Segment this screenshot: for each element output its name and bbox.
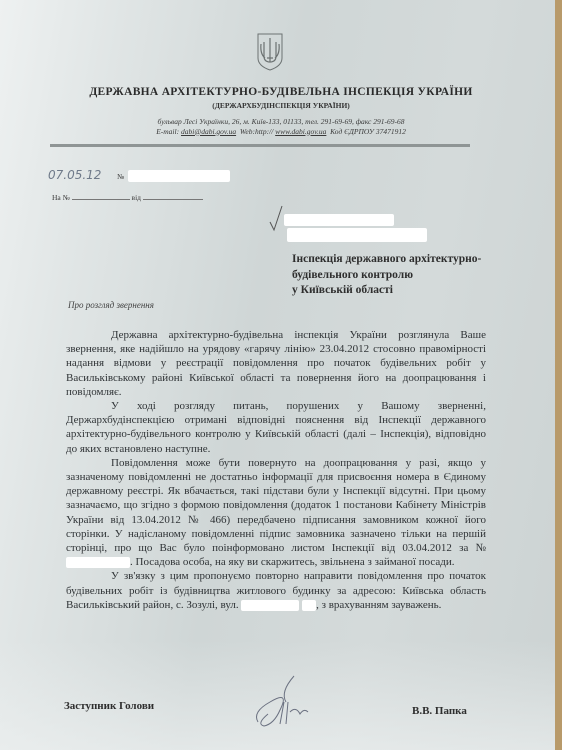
signature-icon <box>250 672 320 732</box>
redacted-street-name <box>241 600 299 611</box>
org-abbreviation: (ДЕРЖАРХБУДІНСПЕКЦІЯ УКРАЇНИ) <box>0 101 562 110</box>
redacted-house-number <box>302 600 316 611</box>
signatory-name: В.В. Папка <box>412 705 467 717</box>
paragraph-1: Державна архітектурно-будівельна інспекц… <box>66 328 486 399</box>
org-name: ДЕРЖАВНА АРХІТЕКТУРНО-БУДІВЕЛЬНА ІНСПЕКЦ… <box>0 86 562 98</box>
reference-number-row: На № від <box>52 191 203 202</box>
signatory-title: Заступник Голови <box>64 700 154 712</box>
org-contacts: бульвар Лесі Українки, 26, м. Київ-133, … <box>0 117 562 136</box>
email-link[interactable]: dabi@dabi.gov.ua <box>181 127 236 136</box>
redacted-letter-number <box>66 557 130 568</box>
edrpou-code: Код ЄДРПОУ 37471912 <box>330 127 406 136</box>
org-online-contacts: E-mail: dabi@dabi.gov.ua Web:http:// www… <box>0 127 562 137</box>
reference-number-blank <box>72 191 130 200</box>
org-address: бульвар Лесі Українки, 26, м. Київ-133, … <box>0 117 562 127</box>
letter-subject: Про розгляд звернення <box>68 300 154 310</box>
recipient-block: Інспекція державного архітектурно- будів… <box>292 252 481 299</box>
redacted-recipient-line-1 <box>284 214 394 226</box>
web-link[interactable]: www.dabi.gov.ua <box>275 127 326 136</box>
paragraph-4: У зв'язку з цим пропонуємо повторно напр… <box>66 569 486 612</box>
paragraph-2: У ході розгляду питань, порушених у Вашо… <box>66 399 486 456</box>
paragraph-3: Повідомлення може бути повернуто на дооп… <box>66 456 486 570</box>
letter-body: Державна архітектурно-будівельна інспекц… <box>66 328 486 612</box>
handwritten-date: 07.05.12 <box>48 168 101 182</box>
redacted-recipient-line-2 <box>287 228 427 242</box>
letterhead-divider <box>50 144 470 147</box>
checkmark-icon <box>268 204 284 234</box>
redacted-outgoing-number <box>128 170 230 182</box>
trident-crest-icon <box>256 32 284 72</box>
reference-date-blank <box>143 191 203 200</box>
outgoing-number-label: № <box>117 172 124 181</box>
